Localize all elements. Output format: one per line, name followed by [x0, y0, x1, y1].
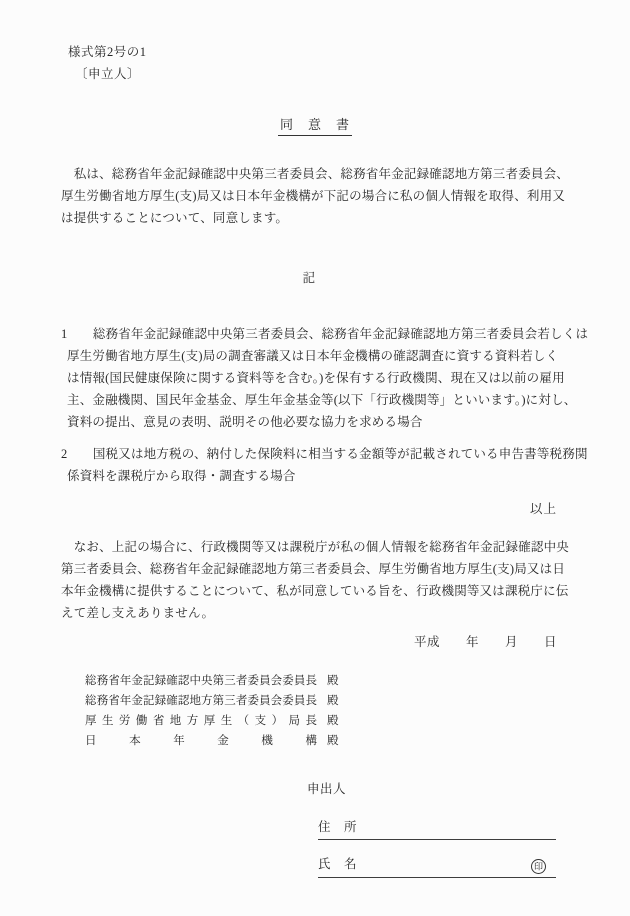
addressee-honorific: 殿: [327, 711, 339, 731]
date-line: 平成 年 月 日: [61, 632, 557, 650]
address-field: 住 所: [318, 817, 556, 840]
nao-paragraph: なお、上記の場合に、行政機関等又は課税庁が私の個人情報を総務省年金記録確認中央 …: [61, 536, 569, 624]
addressee-row: 総務省年金記録確認中央第三者委員会委員長 殿: [85, 671, 339, 691]
addressee-row: 日本年金機構 殿: [85, 731, 339, 751]
addressee-honorific: 殿: [327, 671, 339, 691]
addressee-name: 総務省年金記録確認中央第三者委員会委員長: [85, 671, 317, 691]
list-item-1: 1 総務省年金記録確認中央第三者委員会、総務省年金記録確認地方第三者委員会若しく…: [61, 323, 575, 433]
petitioner-label: 申出人: [307, 779, 346, 797]
addressee-row: 厚生労働省地方厚生（支）局長 殿: [85, 711, 339, 731]
name-field-label: 氏 名: [318, 857, 357, 871]
seal-icon: 印: [531, 859, 546, 874]
consent-form-page: 様式第2号の1 〔申立人〕 同 意 書 私は、総務省年金記録確認中央第三者委員会…: [0, 0, 630, 916]
addressee-honorific: 殿: [327, 731, 339, 751]
addressee-list: 総務省年金記録確認中央第三者委員会委員長 殿 総務省年金記録確認地方第三者委員会…: [85, 671, 339, 751]
addressee-name: 日本年金機構: [85, 731, 317, 751]
addressee-honorific: 殿: [327, 691, 339, 711]
addressee-name: 総務省年金記録確認地方第三者委員会委員長: [85, 691, 317, 711]
addressee-name: 厚生労働省地方厚生（支）局長: [85, 711, 317, 731]
intro-paragraph: 私は、総務省年金記録確認中央第三者委員会、総務省年金記録確認地方第三者委員会、 …: [61, 163, 569, 229]
addressee-row: 総務省年金記録確認地方第三者委員会委員長 殿: [85, 691, 339, 711]
seal-icon-character: 印: [534, 863, 543, 872]
list-item-2: 2 国税又は地方税の、納付した保険料に相当する金額等が記載されている申告書等税務…: [61, 443, 575, 487]
form-number-label: 様式第2号の1: [68, 42, 147, 60]
document-title: 同 意 書: [0, 114, 630, 136]
name-field: 氏 名 印: [318, 854, 556, 878]
ijou-closing-label: 以上: [61, 498, 557, 520]
applicant-type-label: 〔申立人〕: [75, 64, 140, 82]
ki-heading: 記: [61, 268, 557, 286]
document-title-text: 同 意 書: [278, 114, 352, 136]
address-field-label: 住 所: [318, 820, 357, 834]
